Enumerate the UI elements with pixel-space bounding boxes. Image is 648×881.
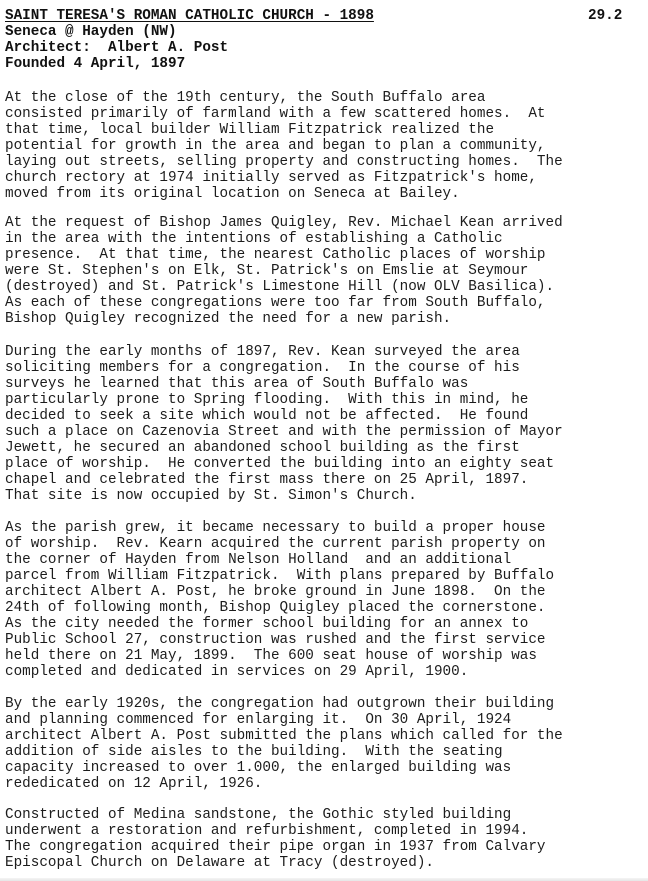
paragraph-request: At the request of Bishop James Quigley, … [5,215,563,327]
text-line: Jewett, he secured an abandoned school b… [5,440,563,456]
text-line: that time, local builder William Fitzpat… [5,122,563,138]
location-line: Seneca @ Hayden (NW) [5,24,645,40]
title-row: SAINT TERESA'S ROMAN CATHOLIC CHURCH - 1… [5,8,645,24]
text-line: Episcopal Church on Delaware at Tracy (d… [5,855,546,871]
document-page: SAINT TERESA'S ROMAN CATHOLIC CHURCH - 1… [5,8,645,72]
text-line: soliciting members for a congregation. I… [5,360,563,376]
text-line: As each of these congregations were too … [5,295,563,311]
text-line: surveys he learned that this area of Sou… [5,376,563,392]
text-line: presence. At that time, the nearest Cath… [5,247,563,263]
text-line: During the early months of 1897, Rev. Ke… [5,344,563,360]
text-line: and planning commenced for enlarging it.… [5,712,563,728]
text-line: completed and dedicated in services on 2… [5,664,554,680]
text-line: consisted primarily of farmland with a f… [5,106,563,122]
text-line: As the city needed the former school bui… [5,616,554,632]
paragraph-restoration: Constructed of Medina sandstone, the Got… [5,807,546,871]
architect-line: Architect: Albert A. Post [5,40,645,56]
paragraph-enlargement: By the early 1920s, the congregation had… [5,696,563,792]
header-block: SAINT TERESA'S ROMAN CATHOLIC CHURCH - 1… [5,8,645,72]
text-line: such a place on Cazenovia Street and wit… [5,424,563,440]
text-line: potential for growth in the area and beg… [5,138,563,154]
text-line: chapel and celebrated the first mass the… [5,472,563,488]
text-line: laying out streets, selling property and… [5,154,563,170]
text-line: By the early 1920s, the congregation had… [5,696,563,712]
text-line: were St. Stephen's on Elk, St. Patrick's… [5,263,563,279]
text-line: As the parish grew, it became necessary … [5,520,554,536]
text-line: capacity increased to over 1.000, the en… [5,760,563,776]
text-line: (destroyed) and St. Patrick's Limestone … [5,279,563,295]
text-line: decided to seek a site which would not b… [5,408,563,424]
text-line: parcel from William Fitzpatrick. With pl… [5,568,554,584]
text-line: held there on 21 May, 1899. The 600 seat… [5,648,554,664]
text-line: particularly prone to Spring flooding. W… [5,392,563,408]
text-line: moved from its original location on Sene… [5,186,563,202]
text-line: That site is now occupied by St. Simon's… [5,488,563,504]
text-line: architect Albert A. Post submitted the p… [5,728,563,744]
text-line: Constructed of Medina sandstone, the Got… [5,807,546,823]
text-line: of worship. Rev. Kearn acquired the curr… [5,536,554,552]
text-line: At the close of the 19th century, the So… [5,90,563,106]
text-line: At the request of Bishop James Quigley, … [5,215,563,231]
text-line: addition of side aisles to the building.… [5,744,563,760]
paragraph-history: At the close of the 19th century, the So… [5,90,563,202]
text-line: Public School 27, construction was rushe… [5,632,554,648]
text-line: 24th of following month, Bishop Quigley … [5,600,554,616]
text-line: Bishop Quigley recognized the need for a… [5,311,563,327]
paragraph-parish-growth: As the parish grew, it became necessary … [5,520,554,680]
page-title: SAINT TERESA'S ROMAN CATHOLIC CHURCH - 1… [5,8,374,24]
text-line: architect Albert A. Post, he broke groun… [5,584,554,600]
founded-line: Founded 4 April, 1897 [5,56,645,72]
text-line: in the area with the intentions of estab… [5,231,563,247]
text-line: place of worship. He converted the build… [5,456,563,472]
text-line: underwent a restoration and refurbishmen… [5,823,546,839]
page-number: 29.2 [588,8,622,24]
text-line: church rectory at 1974 initially served … [5,170,563,186]
text-line: rededicated on 12 April, 1926. [5,776,563,792]
text-line: the corner of Hayden from Nelson Holland… [5,552,554,568]
paragraph-early-months: During the early months of 1897, Rev. Ke… [5,344,563,504]
text-line: The congregation acquired their pipe org… [5,839,546,855]
